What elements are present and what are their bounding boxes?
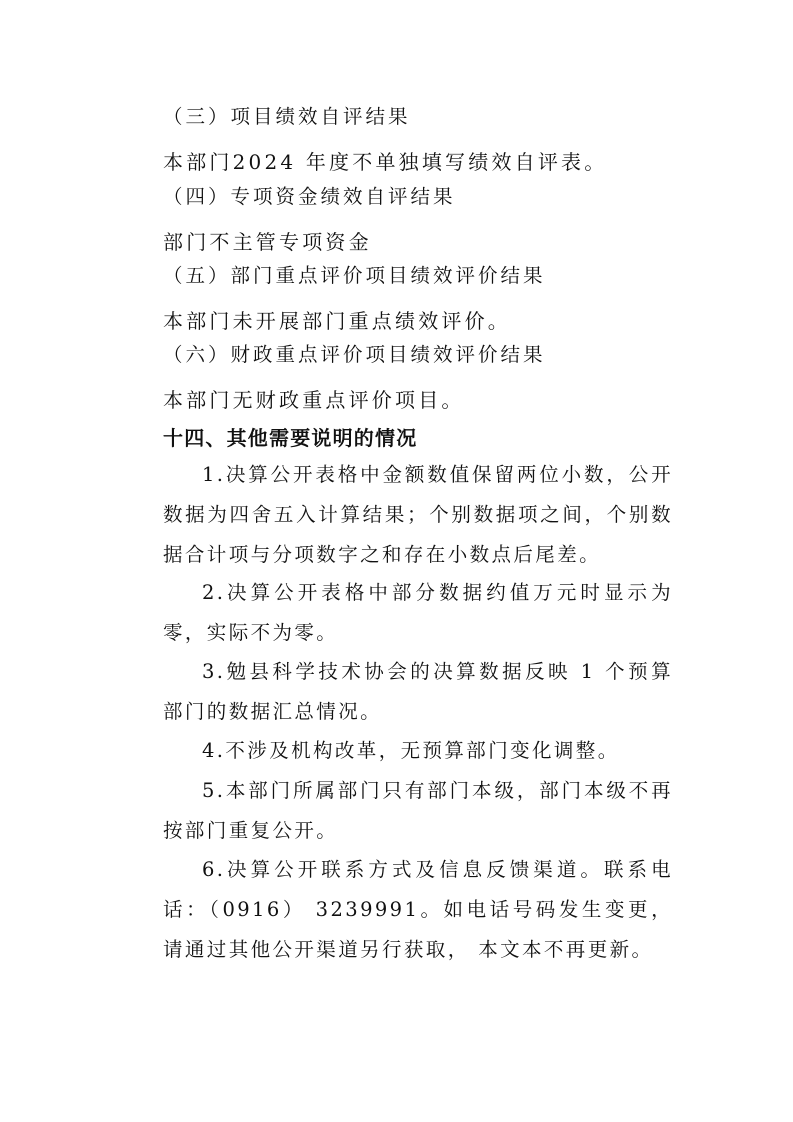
section-body-3: 本部门2024 年度不单独填写绩效自评表。 <box>163 150 607 174</box>
note-item-2: 2.决算公开表格中部分数据约值万元时显示为零，实际不为零。 <box>163 573 673 653</box>
chapter-heading: 十四、其他需要说明的情况 <box>163 426 417 450</box>
section-body-4: 部门不主管专项资金 <box>163 230 372 254</box>
section-heading-6: （六）财政重点评价项目绩效评价结果 <box>163 343 546 367</box>
section-heading-4: （四）专项资金绩效自评结果 <box>163 185 456 209</box>
note-item-6: 6.决算公开联系方式及信息反馈渠道。联系电话：（0916） 3239991。如电… <box>163 850 673 970</box>
note-item-4: 4.不涉及机构改革，无预算部门变化调整。 <box>163 731 673 771</box>
note-item-1: 1.决算公开表格中金额数值保留两位小数，公开数据为四舍五入计算结果；个别数据项之… <box>163 455 673 575</box>
note-item-3: 3.勉县科学技术协会的决算数据反映 1 个预算部门的数据汇总情况。 <box>163 652 673 732</box>
section-heading-3: （三）项目绩效自评结果 <box>163 105 411 129</box>
section-body-6: 本部门无财政重点评价项目。 <box>163 388 465 412</box>
section-body-5: 本部门未开展部门重点绩效评价。 <box>163 309 511 333</box>
note-item-5: 5.本部门所属部门只有部门本级，部门本级不再按部门重复公开。 <box>163 771 673 851</box>
section-heading-5: （五）部门重点评价项目绩效评价结果 <box>163 264 546 288</box>
